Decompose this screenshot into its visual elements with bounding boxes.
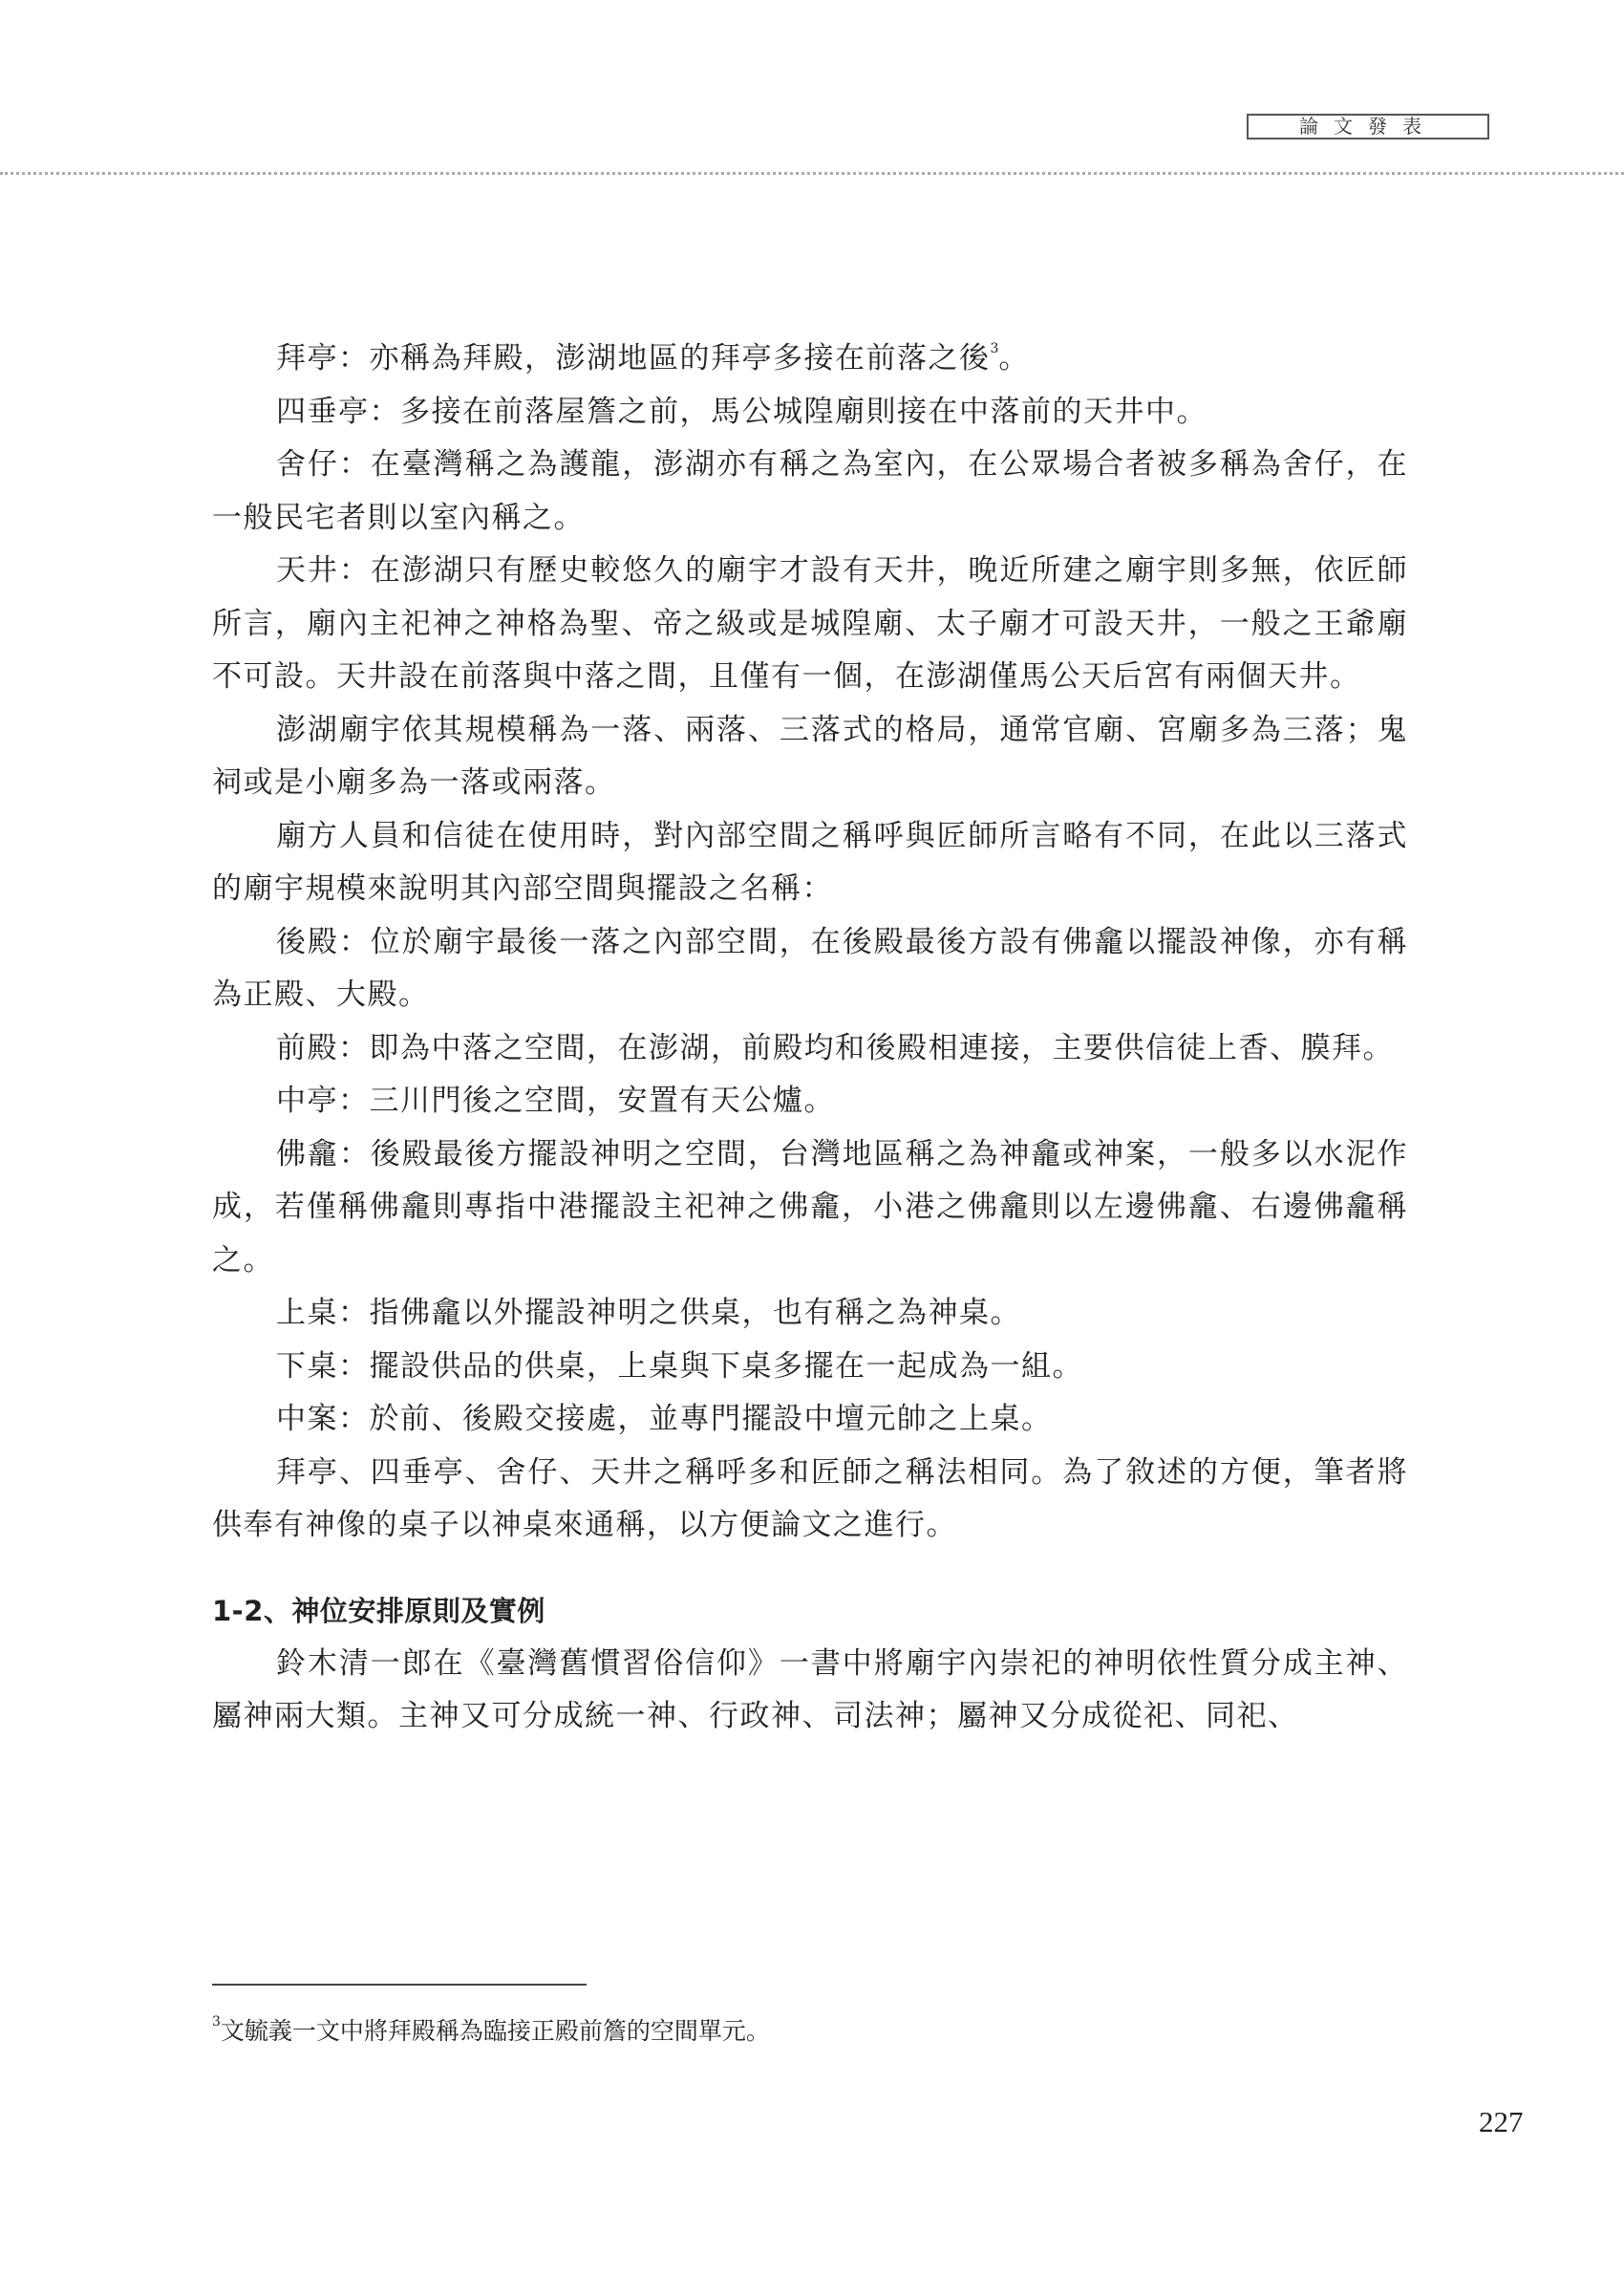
paragraph-xiazhuo: 下桌：擺設供品的供桌，上桌與下桌多擺在一起成為一組。	[212, 1341, 1408, 1394]
paragraph-tianjing: 天井：在澎湖只有歷史較悠久的廟宇才設有天井，晚近所建之廟宇則多無，依匠師所言，廟…	[212, 545, 1408, 704]
paragraph-shangzhuo: 上桌：指佛龕以外擺設神明之供桌，也有稱之為神桌。	[212, 1287, 1408, 1341]
header-dotted-divider	[0, 172, 1624, 175]
paragraph-temple-scale: 澎湖廟宇依其規模稱為一落、兩落、三落式的格局，通常官廟、宮廟多為三落；鬼祠或是小…	[212, 704, 1408, 810]
paragraph-shezai: 舍仔：在臺灣稱之為護龍，澎湖亦有稱之為室內，在公眾場合者被多稱為舍仔，在一般民宅…	[212, 439, 1408, 545]
paragraph-sichuiting: 四垂亭：多接在前落屋簷之前，馬公城隍廟則接在中落前的天井中。	[212, 386, 1408, 440]
paragraph-zhongan: 中案：於前、後殿交接處，並專門擺設中壇元帥之上桌。	[212, 1393, 1408, 1447]
paragraph-text: 拜亭：亦稱為拜殿，澎湖地區的拜亭多接在前落之後	[276, 341, 991, 376]
paragraph-baiting: 拜亭：亦稱為拜殿，澎湖地區的拜亭多接在前落之後3。	[212, 323, 1408, 386]
body-text: 拜亭：亦稱為拜殿，澎湖地區的拜亭多接在前落之後3。 四垂亭：多接在前落屋簷之前，…	[212, 323, 1408, 1744]
running-header-section-label: 論文發表	[1247, 114, 1489, 140]
footnote-text: 文毓義一文中將拜殿稱為臨接正殿前簷的空間單元。	[221, 2017, 770, 2045]
paragraph-zhongting: 中亭：三川門後之空間，安置有天公爐。	[212, 1075, 1408, 1128]
paragraph-suzuki: 鈴木清一郎在《臺灣舊慣習俗信仰》一書中將廟宇內崇祀的神明依性質分成主神、屬神兩大…	[212, 1638, 1408, 1744]
paragraph-internal-space-intro: 廟方人員和信徒在使用時，對內部空間之稱呼與匠師所言略有不同，在此以三落式的廟宇規…	[212, 810, 1408, 916]
paragraph-text-end: 。	[998, 341, 1030, 376]
paragraph-summary: 拜亭、四垂亭、舍仔、天井之稱呼多和匠師之稱法相同。為了敘述的方便，筆者將供奉有神…	[212, 1447, 1408, 1553]
page-number: 227	[1479, 2105, 1524, 2139]
section-heading: 1-2、神位安排原則及實例	[212, 1585, 1408, 1638]
footnote-divider	[212, 1984, 587, 1986]
footnote-mark: 3	[212, 2014, 221, 2030]
paragraph-qiandian: 前殿：即為中落之空間，在澎湖，前殿均和後殿相連接，主要供信徒上香、膜拜。	[212, 1022, 1408, 1076]
paragraph-houdian: 後殿：位於廟宇最後一落之內部空間，在後殿最後方設有佛龕以擺設神像，亦有稱為正殿、…	[212, 916, 1408, 1022]
footnote: 3文毓義一文中將拜殿稱為臨接正殿前簷的空間單元。	[212, 2005, 770, 2049]
paragraph-fokan: 佛龕：後殿最後方擺設神明之空間，台灣地區稱之為神龕或神案，一般多以水泥作成，若僅…	[212, 1128, 1408, 1288]
